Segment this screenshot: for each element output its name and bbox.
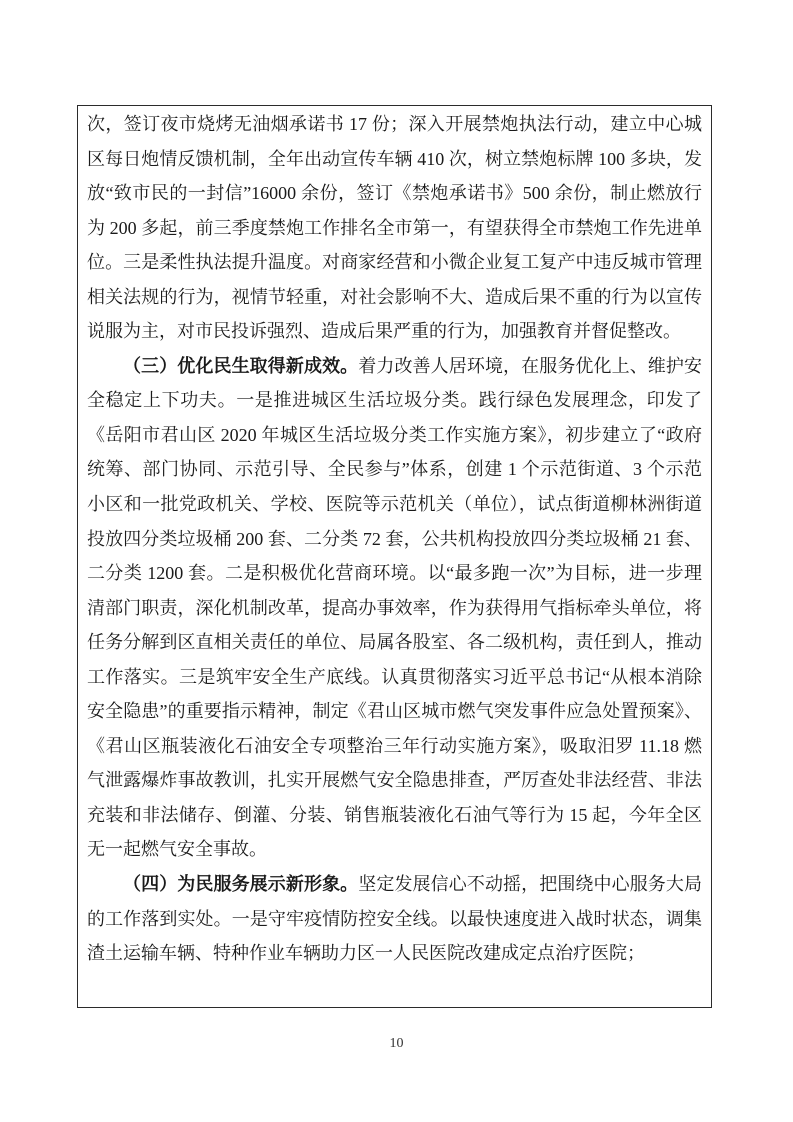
paragraph-section-4: （四）为民服务展示新形象。坚定发展信心不动摇，把围绕中心服务大局的工作落到实处。…: [87, 867, 702, 971]
text-frame: 次，签订夜市烧烤无油烟承诺书 17 份；深入开展禁炮执法行动，建立中心城区每日炮…: [77, 105, 712, 1008]
document-page: 次，签订夜市烧烤无油烟承诺书 17 份；深入开展禁炮执法行动，建立中心城区每日炮…: [0, 0, 793, 1122]
paragraph-heading: （三）优化民生取得新成效。: [123, 356, 358, 376]
paragraph-heading: （四）为民服务展示新形象。: [123, 874, 358, 894]
paragraph-text: 着力改善人居环境，在服务优化上、维护安全稳定上下功夫。一是推进城区生活垃圾分类。…: [87, 356, 702, 860]
paragraph-text: 次，签订夜市烧烤无油烟承诺书 17 份；深入开展禁炮执法行动，建立中心城区每日炮…: [87, 114, 702, 341]
page-number: 10: [0, 1036, 793, 1052]
paragraph-section-3: （三）优化民生取得新成效。着力改善人居环境，在服务优化上、维护安全稳定上下功夫。…: [87, 349, 702, 867]
paragraph-continuation: 次，签订夜市烧烤无油烟承诺书 17 份；深入开展禁炮执法行动，建立中心城区每日炮…: [87, 107, 702, 349]
